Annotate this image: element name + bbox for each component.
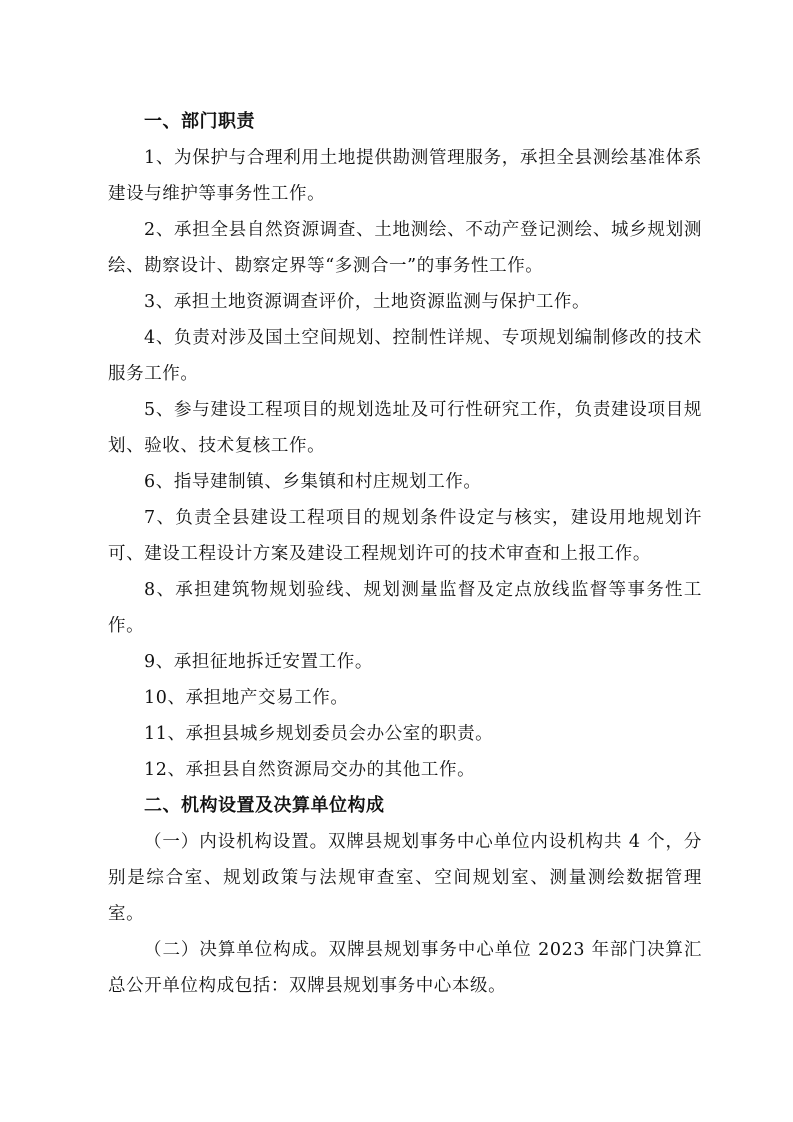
duty-item-1: 1、为保护与合理利用土地提供勘测管理服务，承担全县测绘基准体系建设与维护等事务性… [108,140,702,212]
duty-item-8: 8、承担建筑物规划验线、规划测量监督及定点放线监督等事务性工作。 [108,572,702,644]
section-heading-duties: 一、部门职责 [108,104,702,140]
duty-item-7: 7、负责全县建设工程项目的规划条件设定与核实，建设用地规划许可、建设工程设计方案… [108,500,702,572]
section-heading-structure: 二、机构设置及决算单位构成 [108,788,702,824]
internal-structure-paragraph: （一）内设机构设置。双牌县规划事务中心单位内设机构共 4 个，分别是综合室、规划… [108,824,702,932]
duty-item-9: 9、承担征地拆迁安置工作。 [108,644,702,680]
duty-item-3: 3、承担土地资源调查评价，土地资源监测与保护工作。 [108,284,702,320]
document-page: 一、部门职责 1、为保护与合理利用土地提供勘测管理服务，承担全县测绘基准体系建设… [108,104,702,1004]
duty-item-6: 6、指导建制镇、乡集镇和村庄规划工作。 [108,464,702,500]
accounting-unit-paragraph: （二）决算单位构成。双牌县规划事务中心单位 2023 年部门决算汇总公开单位构成… [108,932,702,1004]
duty-item-10: 10、承担地产交易工作。 [108,680,702,716]
duty-item-11: 11、承担县城乡规划委员会办公室的职责。 [108,716,702,752]
duty-item-12: 12、承担县自然资源局交办的其他工作。 [108,752,702,788]
duty-item-2: 2、承担全县自然资源调查、土地测绘、不动产登记测绘、城乡规划测绘、勘察设计、勘察… [108,212,702,284]
duty-item-4: 4、负责对涉及国土空间规划、控制性详规、专项规划编制修改的技术服务工作。 [108,320,702,392]
duty-item-5: 5、参与建设工程项目的规划选址及可行性研究工作，负责建设项目规划、验收、技术复核… [108,392,702,464]
